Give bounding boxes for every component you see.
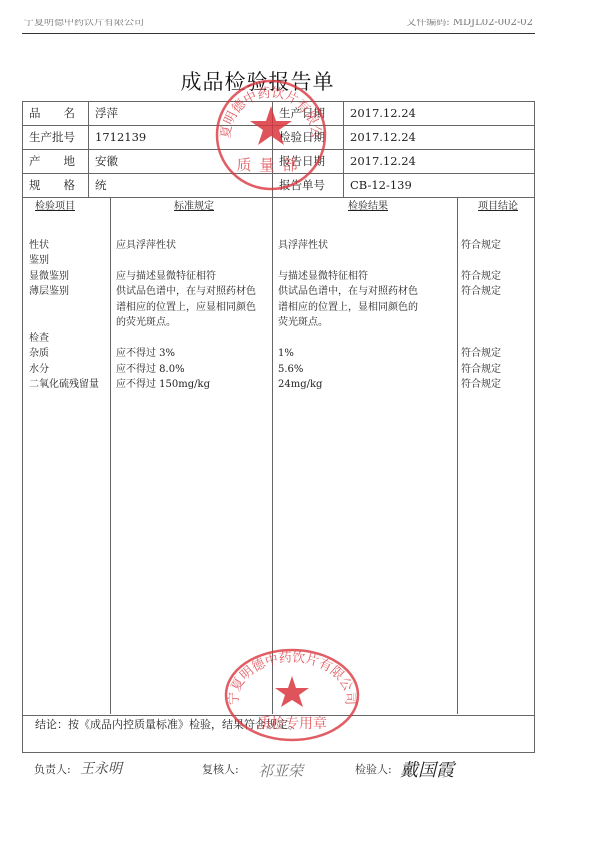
info-value-2: 2017.12.24 — [344, 102, 534, 125]
info-value: 安徽 — [89, 150, 272, 173]
test-line — [116, 253, 272, 269]
page-title: 成品检验报告单 — [0, 66, 600, 96]
test-line — [278, 222, 458, 238]
test-line: 供试品色谱中，在与对照药材色 — [116, 284, 272, 300]
test-line: 谱相应的位置上，应显相同颜色 — [116, 300, 272, 316]
test-line: 性状 — [29, 238, 109, 254]
test-line: 符合规定 — [461, 238, 535, 254]
column-result: 检验结果 具浮萍性状与描述显微特征相符供试品色谱中，在与对照药材色谱相应的位置上… — [278, 198, 458, 393]
document-code: 文件编码: MDJL02-002-02 — [406, 19, 533, 28]
tests-section: 检验项目 性状鉴别显微鉴别薄层鉴别检查杂质水分二氧化硫残留量 标准规定 应具浮萍… — [23, 198, 534, 734]
test-line: 供试品色谱中，在与对照药材色 — [278, 284, 458, 300]
info-value-2: CB-12-139 — [344, 174, 534, 197]
info-label-2: 生产日期 — [273, 102, 343, 125]
test-line: 符合规定 — [461, 284, 535, 300]
column-conclusion: 项目结论 符合规定符合规定符合规定符合规定符合规定符合规定 — [461, 198, 535, 393]
responsible-label: 负责人: — [34, 761, 71, 777]
info-label: 生产批号 — [23, 126, 89, 149]
column-standard: 标准规定 应具浮萍性状应与描述显微特征相符供试品色谱中，在与对照药材色谱相应的位… — [116, 198, 272, 393]
test-line — [116, 331, 272, 347]
test-line — [29, 222, 109, 238]
info-label: 规 格 — [23, 174, 89, 197]
test-line: 二氧化硫残留量 — [29, 377, 109, 393]
reviewer-signature: 祁亚荣 — [258, 760, 303, 781]
test-line: 符合规定 — [461, 377, 535, 393]
document-header: 宁夏明德中药饮片有限公司 文件编码: MDJL02-002-02 — [22, 19, 535, 34]
info-value: 1712139 — [89, 126, 272, 149]
test-line: 水分 — [29, 362, 109, 378]
inspector-label: 检验人: — [355, 761, 392, 777]
test-line: 24mg/kg — [278, 377, 458, 393]
test-line — [461, 331, 535, 347]
test-line: 鉴别 — [29, 253, 109, 269]
test-line: 符合规定 — [461, 362, 535, 378]
responsible-signature: 王永明 — [80, 758, 122, 778]
reviewer-label: 复核人: — [202, 761, 239, 777]
test-line: 1% — [278, 346, 458, 362]
test-line — [29, 300, 109, 316]
test-line: 应不得过 150mg/kg — [116, 377, 272, 393]
test-line — [461, 222, 535, 238]
test-line — [278, 253, 458, 269]
test-line: 应与描述显微特征相符 — [116, 269, 272, 285]
test-line: 与描述显微特征相符 — [278, 269, 458, 285]
info-label-2: 报告日期 — [273, 150, 343, 173]
info-label-2: 报告单号 — [273, 174, 343, 197]
inspector-signature: 戴国霞 — [400, 756, 454, 782]
test-line: 杂质 — [29, 346, 109, 362]
info-value-2: 2017.12.24 — [344, 150, 534, 173]
test-line — [461, 315, 535, 331]
test-line — [461, 253, 535, 269]
column-item: 检验项目 性状鉴别显微鉴别薄层鉴别检查杂质水分二氧化硫残留量 — [29, 198, 109, 393]
conclusion-text: 结论：按《成品内控质量标准》检验，结果符合规定。 — [23, 715, 534, 734]
test-line: 具浮萍性状 — [278, 238, 458, 254]
info-label: 品 名 — [23, 102, 89, 125]
info-value: 浮萍 — [89, 102, 272, 125]
test-line: 符合规定 — [461, 346, 535, 362]
info-row: 规 格 统 报告单号 CB-12-139 — [23, 174, 534, 198]
test-line — [461, 300, 535, 316]
test-line: 谱相应的位置上，显相同颜色的 — [278, 300, 458, 316]
company-name: 宁夏明德中药饮片有限公司 — [24, 19, 144, 28]
info-value: 统 — [89, 174, 272, 197]
test-line — [116, 222, 272, 238]
test-line — [278, 331, 458, 347]
test-line — [29, 315, 109, 331]
test-line: 显微鉴别 — [29, 269, 109, 285]
info-row: 生产批号 1712139 检验日期 2017.12.24 — [23, 126, 534, 150]
test-line: 符合规定 — [461, 269, 535, 285]
test-line: 检查 — [29, 331, 109, 347]
info-row: 产 地 安徽 报告日期 2017.12.24 — [23, 150, 534, 174]
test-line: 应不得过 3% — [116, 346, 272, 362]
test-line: 应不得过 8.0% — [116, 362, 272, 378]
info-label: 产 地 — [23, 150, 89, 173]
report-table: 品 名 浮萍 生产日期 2017.12.24 生产批号 1712139 检验日期… — [22, 101, 535, 753]
test-line: 荧光斑点。 — [278, 315, 458, 331]
info-row: 品 名 浮萍 生产日期 2017.12.24 — [23, 102, 534, 126]
test-line: 5.6% — [278, 362, 458, 378]
test-line: 薄层鉴别 — [29, 284, 109, 300]
info-value-2: 2017.12.24 — [344, 126, 534, 149]
test-line: 应具浮萍性状 — [116, 238, 272, 254]
info-label-2: 检验日期 — [273, 126, 343, 149]
test-line: 的荧光斑点。 — [116, 315, 272, 331]
